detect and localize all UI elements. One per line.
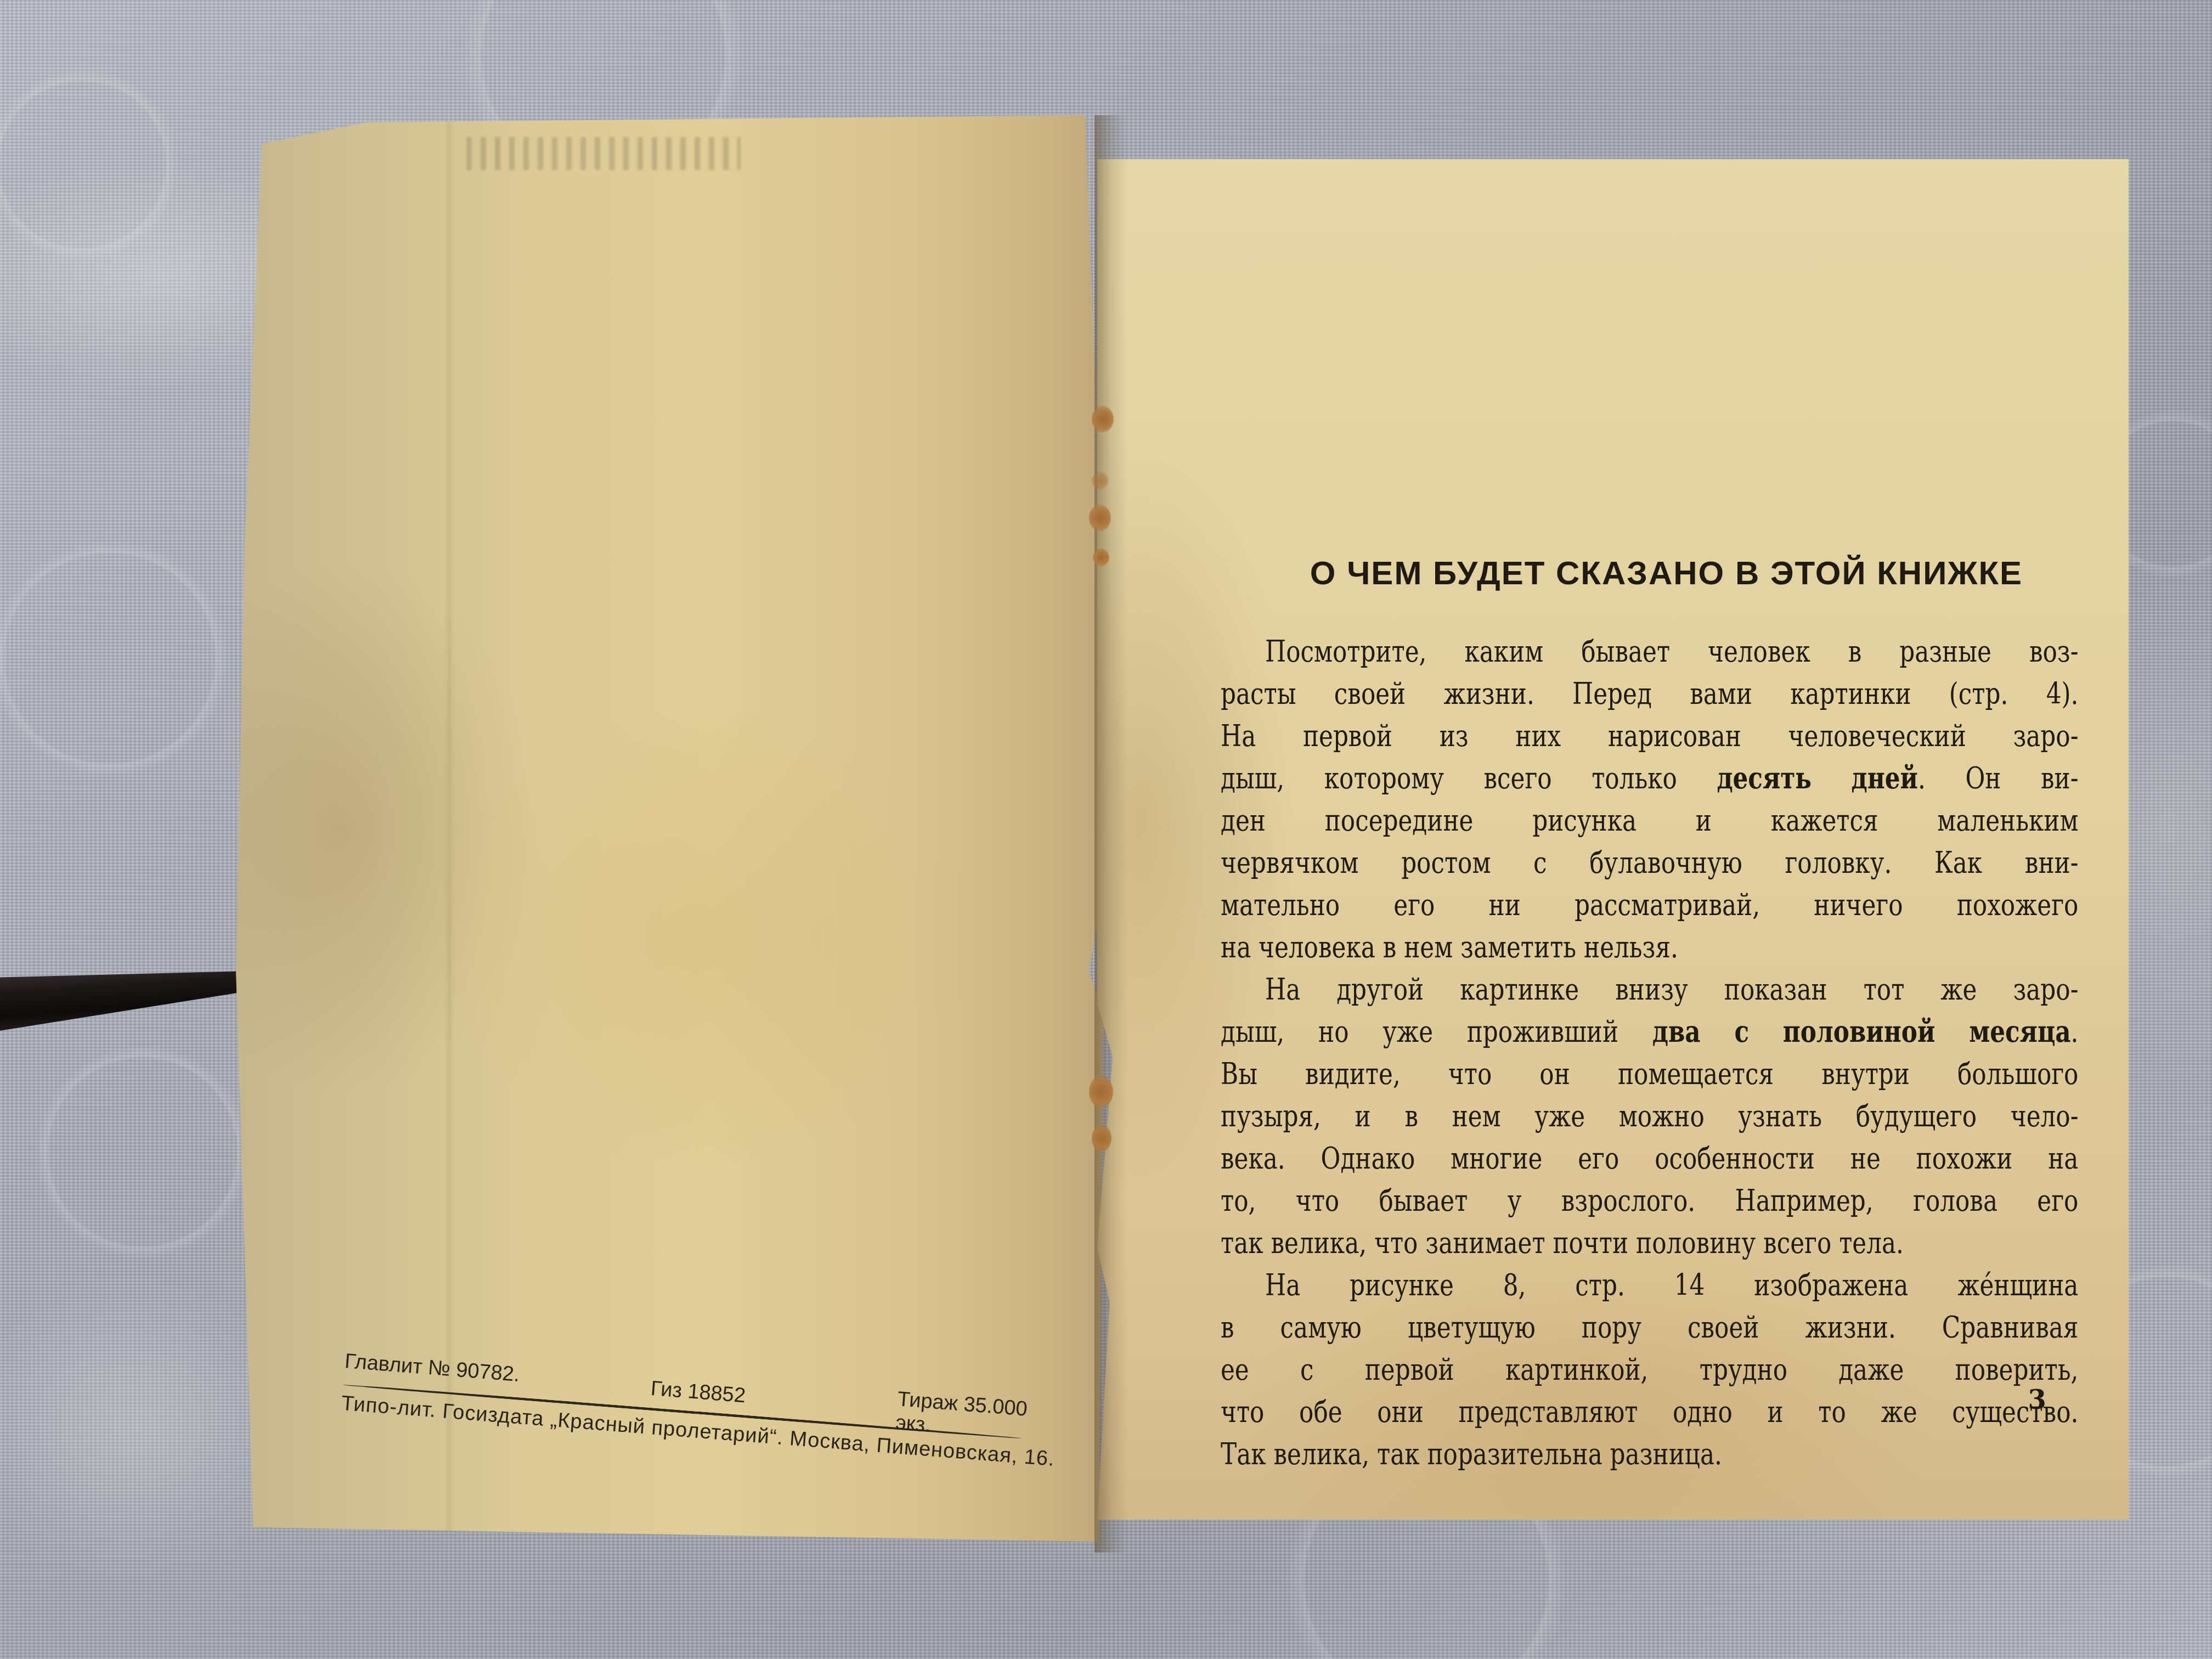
page-fold-crease [444,115,454,1542]
show-through-stamp [466,137,741,170]
rust-stain-icon [1089,505,1111,531]
text-line: в самую цветущую пору своей жизни. Сравн… [1221,1306,2078,1348]
text-line: дыш, которому всего только десять дней. … [1221,757,2078,799]
text-line: расты своей жизни. Перед вами картинки (… [1221,673,2078,715]
text-line: мательно его ни рассматривай, ничего пох… [1221,884,2078,926]
left-page: Главлит № 90782. Гиз 18852 Тираж 35.000 … [236,115,1103,1542]
paragraph: Посмотрите, каким бывает человек в разны… [1221,630,2078,968]
text-line: ее с первой картинкой, трудно даже повер… [1221,1348,2078,1391]
text-line: На рисунке 8, стр. 14 изображена жéнщина [1221,1264,2078,1306]
page-number: 3 [2028,1385,2046,1415]
rust-stain-icon [1092,472,1108,489]
text-line: На другой картинке внизу показан тот же … [1221,968,2078,1011]
chapter-heading: О ЧЕМ БУДЕТ СКАЗАНО В ЭТОЙ КНИЖКЕ [1221,554,2079,592]
text-line: дыш, но уже проживший два с половиной ме… [1221,1011,2078,1053]
rust-stain-icon [1092,406,1114,432]
text-line: что обе они представляют одно и то же су… [1221,1391,2078,1433]
page-content: О ЧЕМ БУДЕТ СКАЗАНО В ЭТОЙ КНИЖКЕ Посмот… [1221,554,2079,1475]
text-line: Вы видите, что он помещается внутри боль… [1221,1053,2078,1095]
text-line: пузыря, и в нем уже можно узнать будущег… [1221,1095,2078,1137]
book-spine [1094,115,1127,1553]
text-line: Так велика, так поразительна разница. [1221,1433,2078,1475]
text-line: века. Однако многие его особенности не п… [1221,1137,2078,1180]
rust-stain-icon [1092,1125,1111,1152]
body-text: Посмотрите, каким бывает человек в разны… [1221,630,2079,1475]
right-page: О ЧЕМ БУДЕТ СКАЗАНО В ЭТОЙ КНИЖКЕ Посмот… [1097,159,2129,1520]
text-line: на человека в нем заметить нельзя. [1221,926,2078,968]
text-line: Посмотрите, каким бывает человек в разны… [1221,630,2078,673]
text-line: так велика, что занимает почти половину … [1221,1222,2078,1264]
censor-number: Главлит № 90782. [344,1350,521,1387]
paragraph: На другой картинке внизу показан тот же … [1221,968,2078,1264]
rust-stain-icon [1089,1075,1113,1108]
text-line: ден посередине рисунка и кажется маленьк… [1221,799,2078,842]
text-line: червячком ростом с булавочную головку. К… [1221,842,2078,884]
rust-stain-icon [1093,549,1109,566]
text-line: На первой из них нарисован человеческий … [1221,715,2078,757]
giz-number: Гиз 18852 [650,1377,746,1408]
text-line: то, что бывает у взрослого. Например, го… [1221,1180,2078,1222]
colophon-imprint: Главлит № 90782. Гиз 18852 Тираж 35.000 … [335,1350,1057,1548]
paragraph: На рисунке 8, стр. 14 изображена жéнщина… [1221,1264,2078,1475]
